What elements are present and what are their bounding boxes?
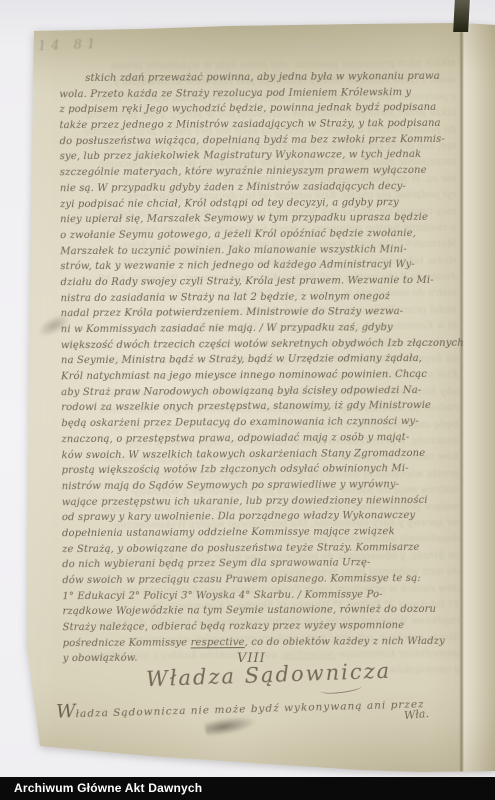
archive-banner: Archiwum Główne Akt Dawnych bbox=[0, 777, 495, 800]
adjacent-page-edge bbox=[464, 0, 495, 780]
manuscript-line: znaczoną, o przestępstwa prawa, odpowiad… bbox=[61, 430, 459, 448]
catchword: Wła. bbox=[403, 707, 429, 722]
manuscript-line: działu do Rady swojey czyli Straży, Król… bbox=[60, 273, 458, 291]
manuscript-line: dów swoich w przeciągu czasu Prawem opis… bbox=[62, 571, 460, 589]
manuscript-line: nie są. W przypadku gdyby żaden z Minist… bbox=[60, 179, 458, 197]
folio-number-pencil: 14 81 bbox=[38, 37, 101, 54]
archive-name: Archiwum Główne Akt Dawnych bbox=[0, 777, 202, 800]
bookmark-ribbon bbox=[453, 0, 470, 32]
manuscript-line: nadal przez Króla potwierdzeniem. Minist… bbox=[61, 304, 459, 322]
manuscript-line: o zwołanie Seymu gotowego, a jeżeli Król… bbox=[60, 226, 458, 244]
manuscript-text: stkich zdań przeważać powinna, aby jedna… bbox=[59, 69, 461, 668]
paper-shadow: stkich zdań przeważać powinna, aby jedna… bbox=[0, 0, 495, 800]
document-scan: stkich zdań przeważać powinna, aby jedna… bbox=[0, 0, 495, 800]
manuscript-line: od sprawy y kary uwolnienie. Dla porządn… bbox=[62, 508, 460, 526]
chapter-opening-line: Władza Sądownicza nie może bydź wykonywa… bbox=[56, 689, 460, 722]
manuscript-page: stkich zdań przeważać powinna, aby jedna… bbox=[0, 0, 495, 800]
manuscript-line: ze Strażą, y obowiązane do posłuszeństwa… bbox=[62, 539, 460, 557]
manuscript-line: prostą większością wotów Izb złączonych … bbox=[62, 461, 460, 479]
manuscript-line: pośrednicze Kommissye respective, co do … bbox=[63, 634, 461, 652]
